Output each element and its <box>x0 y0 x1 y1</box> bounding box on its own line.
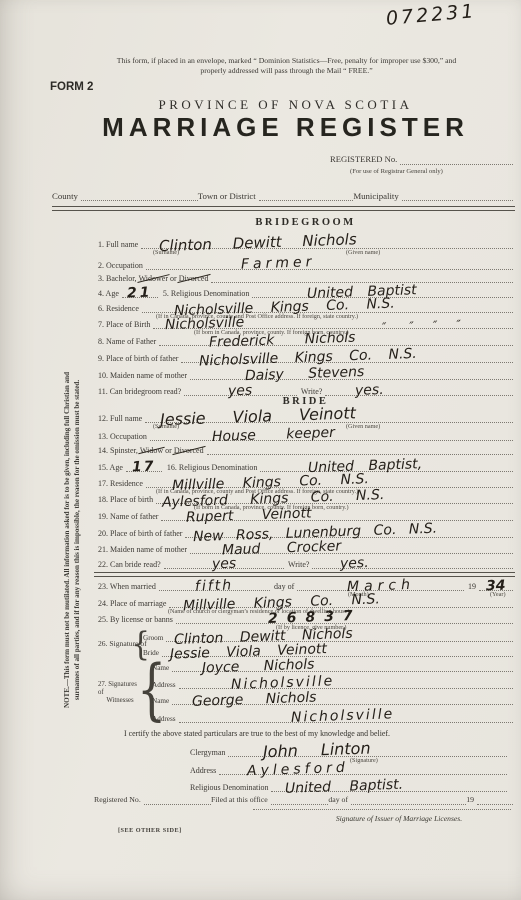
form-number-label: FORM 2 <box>50 81 93 93</box>
groom-occupation-row: 2. Occupation Farmer <box>98 257 513 270</box>
groom-status-widower: Widower <box>139 274 168 283</box>
groom-residence-label: 6. Residence <box>98 304 142 313</box>
bride-occupation-row: 13. Occupation House keeper <box>98 428 513 441</box>
groom-father-row: 8. Name of Father Frederick Nichols <box>98 333 513 346</box>
groom-birthplace-field: Nicholsville ″ ″ ″ ″ <box>153 317 513 329</box>
bride-signature-row: Bride Jessie Viola Veinott <box>143 644 513 657</box>
marriage-register-document: 072231 This form, if placed in an envelo… <box>0 0 521 900</box>
side-note-line1: NOTE.—This form must not be mutilated. A… <box>63 330 73 750</box>
groom-occupation-field: Farmer <box>146 258 513 270</box>
bride-residence-label: 17. Residence <box>98 479 146 488</box>
clergyman-address-row: Address Aylesford <box>190 762 507 775</box>
municipality-field <box>402 200 513 201</box>
groom-write-field: yes. <box>325 384 513 396</box>
side-note: NOTE.—This form must not be mutilated. A… <box>63 330 83 750</box>
groom-residence-row: 6. Residence Nicholsville Kings Co. N.S. <box>98 300 513 313</box>
bride-age-label: 15. Age <box>98 463 126 472</box>
county-label: County <box>52 191 81 201</box>
clergyman-label: Clergyman <box>190 748 228 757</box>
bride-father-label: 19. Name of father <box>98 512 161 521</box>
place-of-marriage-field: Millville Kings Co. N.S. <box>169 596 513 608</box>
groom-write-label: Write? <box>297 387 325 396</box>
clergyman-address-value: Aylesford <box>219 761 349 780</box>
bride-status-label: 14. Spinster, Widow or Divorced <box>98 446 207 455</box>
bride-signature-field: Jessie Viola Veinott <box>162 645 513 657</box>
clergyman-field: John Linton <box>228 743 507 757</box>
bride-religion-label: 16. Religious Denomination <box>162 463 260 472</box>
bride-birthplace-label: 18. Place of birth <box>98 495 156 504</box>
married-month-field: March <box>297 579 464 591</box>
groom-status-divorced: Divorced <box>179 274 209 283</box>
bride-status-field <box>207 454 513 455</box>
groom-residence-field: Nicholsville Kings Co. N.S. <box>142 301 513 313</box>
bride-age-value: 17 <box>132 460 156 475</box>
groom-age-field: 21 <box>122 286 158 298</box>
witness1-name-field: Joyce Nichols <box>172 660 513 672</box>
certify-statement: I certify the above stated particulars a… <box>124 729 390 738</box>
groom-father-birthplace-label: 9. Place of birth of father <box>98 354 181 363</box>
county-field <box>81 200 198 201</box>
witness2-name-field: George Nichols <box>172 693 513 705</box>
day-of-label: day of <box>270 582 297 591</box>
groom-religion-label: 5. Religious Denomination <box>158 289 252 298</box>
groom-signature-row: Groom Clinton Dewitt Nichols <box>143 629 513 642</box>
bride-father-field: Rupert Veinott <box>161 509 513 521</box>
bride-residence-field: Millville Kings Co. N.S. <box>146 476 513 488</box>
witnesses-label-line2: Witnesses <box>98 697 142 705</box>
groom-birthplace-label: 7. Place of Birth <box>98 320 153 329</box>
groom-occupation-label: 2. Occupation <box>98 261 146 270</box>
bride-occupation-field: House keeper <box>150 429 513 441</box>
groom-status-field <box>211 282 513 283</box>
groom-age-value: 21 <box>127 286 153 301</box>
page-title: MARRIAGE REGISTER <box>60 112 511 143</box>
groom-mother-field: Daisy Stevens <box>190 368 513 380</box>
clergyman-address-field: Aylesford <box>219 763 507 775</box>
bride-mother-row: 21. Maiden name of mother Maud Crocker <box>98 541 513 554</box>
groom-status-label: 3. Bachelor, Widower or Divorced <box>98 274 211 283</box>
see-other-side-note: [SEE OTHER SIDE] <box>118 827 182 834</box>
when-married-label: 23. When married <box>98 582 159 591</box>
witnesses-label: 27. Signatures of Witnesses <box>98 681 142 705</box>
groom-read-field: yes <box>184 384 297 396</box>
when-married-row: 23. When married fifth day of March 19 3… <box>98 578 513 591</box>
county-row: County Town or District Municipality <box>52 188 513 201</box>
municipality-label: Municipality <box>353 191 401 201</box>
groom-status-or: or <box>170 274 177 283</box>
clergyman-denomination-field: United Baptist. <box>271 780 507 792</box>
bride-full-name-label: 12. Full name <box>98 414 145 423</box>
license-row: 25. By license or banns 26837 <box>98 611 513 624</box>
witness1-address-field: Nicholsville <box>179 677 513 689</box>
witness2-name-row: Name George Nichols <box>152 692 513 705</box>
bride-father-birthplace-label: 20. Place of birth of father <box>98 529 185 538</box>
bride-age-religion-row: 15. Age 17 16. Religious Denomination Un… <box>98 459 513 472</box>
groom-status-row: 3. Bachelor, Widower or Divorced <box>98 270 513 283</box>
bride-age-field: 17 <box>126 460 162 472</box>
bride-literacy-row: 22. Can bride read? yes Write? yes. <box>98 556 513 569</box>
bride-status-divorced: Divorced <box>174 446 204 455</box>
bride-full-name-field: Jessie Viola Veinott <box>145 409 513 423</box>
town-field <box>259 200 354 201</box>
groom-full-name-row: 1. Full name Clinton Dewitt Nichols <box>98 236 513 249</box>
married-year-field: 34 <box>479 579 513 591</box>
place-of-marriage-label: 24. Place of marriage <box>98 599 169 608</box>
given-name-sublabel: (Given name) <box>346 249 380 256</box>
town-label: Town or District <box>198 191 259 201</box>
clergyman-row: Clergyman John Linton <box>190 744 507 757</box>
groom-mother-label: 10. Maiden name of mother <box>98 371 190 380</box>
bride-status-row: 14. Spinster, Widow or Divorced <box>98 442 513 455</box>
groom-father-label: 8. Name of Father <box>98 337 159 346</box>
groom-full-name-field: Clinton Dewitt Nichols <box>141 236 513 249</box>
groom-literacy-row: 11. Can bridegroom read? yes Write? yes. <box>98 383 513 396</box>
bride-read-value: yes <box>211 557 236 572</box>
witness2-address-value: Nicholsville <box>178 707 394 729</box>
bride-read-field: yes <box>164 557 284 569</box>
witness1-address-row: Address Nicholsville <box>152 676 513 689</box>
groom-father-birthplace-field: Nicholsville Kings Co. N.S. <box>181 351 513 363</box>
mail-note-line2: properly addressed will pass through the… <box>70 66 503 76</box>
witness2-address-field: Nicholsville <box>179 711 513 723</box>
groom-mother-row: 10. Maiden name of mother Daisy Stevens <box>98 367 513 380</box>
bride-residence-row: 17. Residence Millville Kings Co. N.S. <box>98 475 513 488</box>
witness2-address-row: Address Nicholsville <box>152 710 513 723</box>
groom-father-birthplace-row: 9. Place of birth of father Nicholsville… <box>98 350 513 363</box>
top-divider-rule <box>52 206 515 211</box>
license-field: 26837 <box>176 612 513 624</box>
witness1-name-value: Joyce Nichols <box>172 658 315 677</box>
registered-no-row: REGISTERED No. <box>330 152 513 165</box>
bride-father-birthplace-field: New Ross, Lunenburg Co. N.S. <box>185 526 513 538</box>
bride-religion-field: United Baptist, <box>260 460 513 472</box>
clergyman-denomination-label: Religious Denomination <box>190 783 271 792</box>
mail-note-line1: This form, if placed in an envelope, mar… <box>70 56 503 66</box>
bride-full-name-row: 12. Full name Jessie Viola Veinott <box>98 410 513 423</box>
groom-age-label: 4. Age <box>98 289 122 298</box>
footer-registered-field <box>144 804 211 805</box>
province-title: PROVINCE OF NOVA SCOTIA <box>60 97 511 113</box>
bride-read-label: 22. Can bride read? <box>98 560 164 569</box>
groom-signature-label: Groom <box>143 634 166 642</box>
witness1-address-label: Address <box>152 681 179 689</box>
groom-signature-field: Clinton Dewitt Nichols <box>166 630 513 642</box>
witness1-name-label: Name <box>152 664 172 672</box>
clergyman-address-label: Address <box>190 766 219 775</box>
groom-birthplace-row: 7. Place of Birth Nicholsville ″ ″ ″ ″ <box>98 316 513 329</box>
bride-father-row: 19. Name of father Rupert Veinott <box>98 508 513 521</box>
witness1-name-row: Name Joyce Nichols <box>152 659 513 672</box>
surname-sublabel: (Surname) <box>153 249 179 256</box>
place-of-marriage-row: 24. Place of marriage Millville Kings Co… <box>98 595 513 608</box>
bride-occupation-label: 13. Occupation <box>98 432 150 441</box>
married-day-field: fifth <box>159 579 270 591</box>
bride-father-birthplace-row: 20. Place of birth of father New Ross, L… <box>98 525 513 538</box>
footer-registered-label: Registered No. <box>94 796 144 805</box>
witnesses-label-line1: 27. Signatures of <box>98 681 142 697</box>
witness2-name-value: George Nichols <box>172 690 317 709</box>
bride-mother-label: 21. Maiden name of mother <box>98 545 190 554</box>
bride-father-value: Rupert Veinott <box>161 506 312 525</box>
bride-status-widow: Widow <box>140 446 163 455</box>
issuer-signature-field <box>253 797 511 810</box>
groom-age-religion-row: 4. Age 21 5. Religious Denomination Unit… <box>98 285 513 298</box>
clergyman-denomination-row: Religious Denomination United Baptist. <box>190 779 507 792</box>
license-label: 25. By license or banns <box>98 615 176 624</box>
bride-birthplace-field: Aylesford Kings Co. N.S. <box>156 492 513 504</box>
bride-write-field: yes. <box>312 557 513 569</box>
bride-birthplace-row: 18. Place of birth Aylesford Kings Co. N… <box>98 491 513 504</box>
bridegroom-section-title: BRIDEGROOM <box>98 217 513 228</box>
registered-no-note: (For use of Registrar General only) <box>350 168 443 175</box>
groom-read-label: 11. Can bridegroom read? <box>98 387 184 396</box>
groom-status-prefix: 3. Bachelor, <box>98 274 137 283</box>
side-note-line2: surnames of all parties, and if for any … <box>73 330 83 750</box>
bride-status-prefix: 14. Spinster, <box>98 446 138 455</box>
registered-no-label: REGISTERED No. <box>330 155 400 165</box>
groom-full-name-label: 1. Full name <box>98 240 141 249</box>
marriage-divider-rule <box>94 572 515 577</box>
year-prefix-label: 19 <box>464 582 479 591</box>
bride-write-label: Write? <box>284 560 312 569</box>
serial-number-handwritten: 072231 <box>385 2 477 29</box>
bride-mother-field: Maud Crocker <box>190 542 513 554</box>
witness2-name-label: Name <box>152 697 172 705</box>
registered-no-field <box>400 164 513 165</box>
bride-status-or: or <box>165 446 172 455</box>
issuer-signature-label: Signature of Issuer of Marriage Licenses… <box>285 814 513 823</box>
bride-write-value: yes. <box>312 556 369 572</box>
witness2-address-label: Address <box>152 715 179 723</box>
groom-father-field: Frederick Nichols <box>159 334 513 346</box>
